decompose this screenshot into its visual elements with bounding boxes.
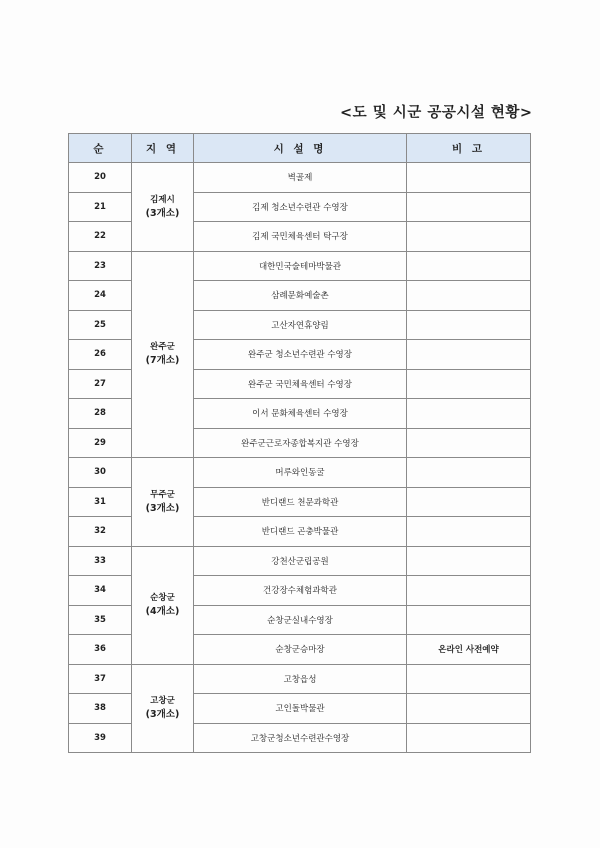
note-cell <box>407 576 531 606</box>
table-row: 33 순창군 (4개소) 강천산군립공원 <box>69 546 531 576</box>
region-cell: 김제시 (3개소) <box>132 163 194 252</box>
row-number: 36 <box>69 635 132 665</box>
row-number: 32 <box>69 517 132 547</box>
row-number: 30 <box>69 458 132 488</box>
row-number: 38 <box>69 694 132 724</box>
facility-name: 이서 문화체육센터 수영장 <box>194 399 407 429</box>
page-title: <도 및 시군 공공시설 현황> <box>340 101 540 122</box>
facility-name: 순창군승마장 <box>194 635 407 665</box>
note-cell <box>407 723 531 753</box>
note-cell <box>407 487 531 517</box>
row-number: 34 <box>69 576 132 606</box>
note-online-reservation: 온라인 사전예약 <box>407 635 531 665</box>
facility-name: 고인돌박물관 <box>194 694 407 724</box>
note-cell <box>407 163 531 193</box>
region-name: 김제시 <box>132 193 193 207</box>
region-count: (4개소) <box>132 605 193 619</box>
region-count: (3개소) <box>132 502 193 516</box>
note-cell <box>407 605 531 635</box>
region-name: 순창군 <box>132 591 193 605</box>
facility-name: 완주군근로자종합복지관 수영장 <box>194 428 407 458</box>
facility-name: 완주군 청소년수련관 수영장 <box>194 340 407 370</box>
facility-name: 대한민국술테마박물관 <box>194 251 407 281</box>
facility-name: 건강장수체험과학관 <box>194 576 407 606</box>
note-cell <box>407 458 531 488</box>
region-cell: 순창군 (4개소) <box>132 546 194 664</box>
facilities-table: 순 지 역 시 설 명 비 고 20 김제시 (3개소) 벽골제 21 김제 청… <box>68 133 531 753</box>
note-cell <box>407 222 531 252</box>
note-cell <box>407 517 531 547</box>
region-name: 고창군 <box>132 694 193 708</box>
region-count: (7개소) <box>132 354 193 368</box>
table-row: 37 고창군 (3개소) 고창읍성 <box>69 664 531 694</box>
facility-name: 반디랜드 곤충박물관 <box>194 517 407 547</box>
table-row: 23 완주군 (7개소) 대한민국술테마박물관 <box>69 251 531 281</box>
header-region: 지 역 <box>132 134 194 163</box>
row-number: 29 <box>69 428 132 458</box>
row-number: 28 <box>69 399 132 429</box>
row-number: 33 <box>69 546 132 576</box>
row-number: 35 <box>69 605 132 635</box>
region-count: (3개소) <box>132 207 193 221</box>
table-body: 20 김제시 (3개소) 벽골제 21 김제 청소년수련관 수영장 22 김제 … <box>69 163 531 753</box>
note-cell <box>407 664 531 694</box>
facility-name: 고창읍성 <box>194 664 407 694</box>
table-row: 20 김제시 (3개소) 벽골제 <box>69 163 531 193</box>
note-cell <box>407 369 531 399</box>
facility-name: 반디랜드 천문과학관 <box>194 487 407 517</box>
note-cell <box>407 340 531 370</box>
row-number: 23 <box>69 251 132 281</box>
region-name: 무주군 <box>132 488 193 502</box>
region-count: (3개소) <box>132 708 193 722</box>
row-number: 26 <box>69 340 132 370</box>
facility-name: 고창군청소년수련관수영장 <box>194 723 407 753</box>
region-cell: 고창군 (3개소) <box>132 664 194 753</box>
row-number: 25 <box>69 310 132 340</box>
row-number: 21 <box>69 192 132 222</box>
row-number: 22 <box>69 222 132 252</box>
facility-name: 김제 청소년수련관 수영장 <box>194 192 407 222</box>
region-cell: 완주군 (7개소) <box>132 251 194 458</box>
facility-name: 김제 국민체육센터 탁구장 <box>194 222 407 252</box>
note-cell <box>407 310 531 340</box>
facility-name: 고산자연휴양림 <box>194 310 407 340</box>
facility-name: 순창군실내수영장 <box>194 605 407 635</box>
header-number: 순 <box>69 134 132 163</box>
row-number: 24 <box>69 281 132 311</box>
note-cell <box>407 251 531 281</box>
table-header-row: 순 지 역 시 설 명 비 고 <box>69 134 531 163</box>
row-number: 39 <box>69 723 132 753</box>
facility-name: 완주군 국민체육센터 수영장 <box>194 369 407 399</box>
note-cell <box>407 694 531 724</box>
row-number: 37 <box>69 664 132 694</box>
region-name: 완주군 <box>132 340 193 354</box>
row-number: 27 <box>69 369 132 399</box>
facility-name: 삼례문화예술촌 <box>194 281 407 311</box>
facility-name: 머루와인동굴 <box>194 458 407 488</box>
note-cell <box>407 281 531 311</box>
note-cell <box>407 428 531 458</box>
note-cell <box>407 546 531 576</box>
row-number: 20 <box>69 163 132 193</box>
note-cell <box>407 399 531 429</box>
facility-name: 강천산군립공원 <box>194 546 407 576</box>
table-row: 30 무주군 (3개소) 머루와인동굴 <box>69 458 531 488</box>
header-facility-name: 시 설 명 <box>194 134 407 163</box>
note-cell <box>407 192 531 222</box>
region-cell: 무주군 (3개소) <box>132 458 194 547</box>
header-note: 비 고 <box>407 134 531 163</box>
facility-name: 벽골제 <box>194 163 407 193</box>
row-number: 31 <box>69 487 132 517</box>
